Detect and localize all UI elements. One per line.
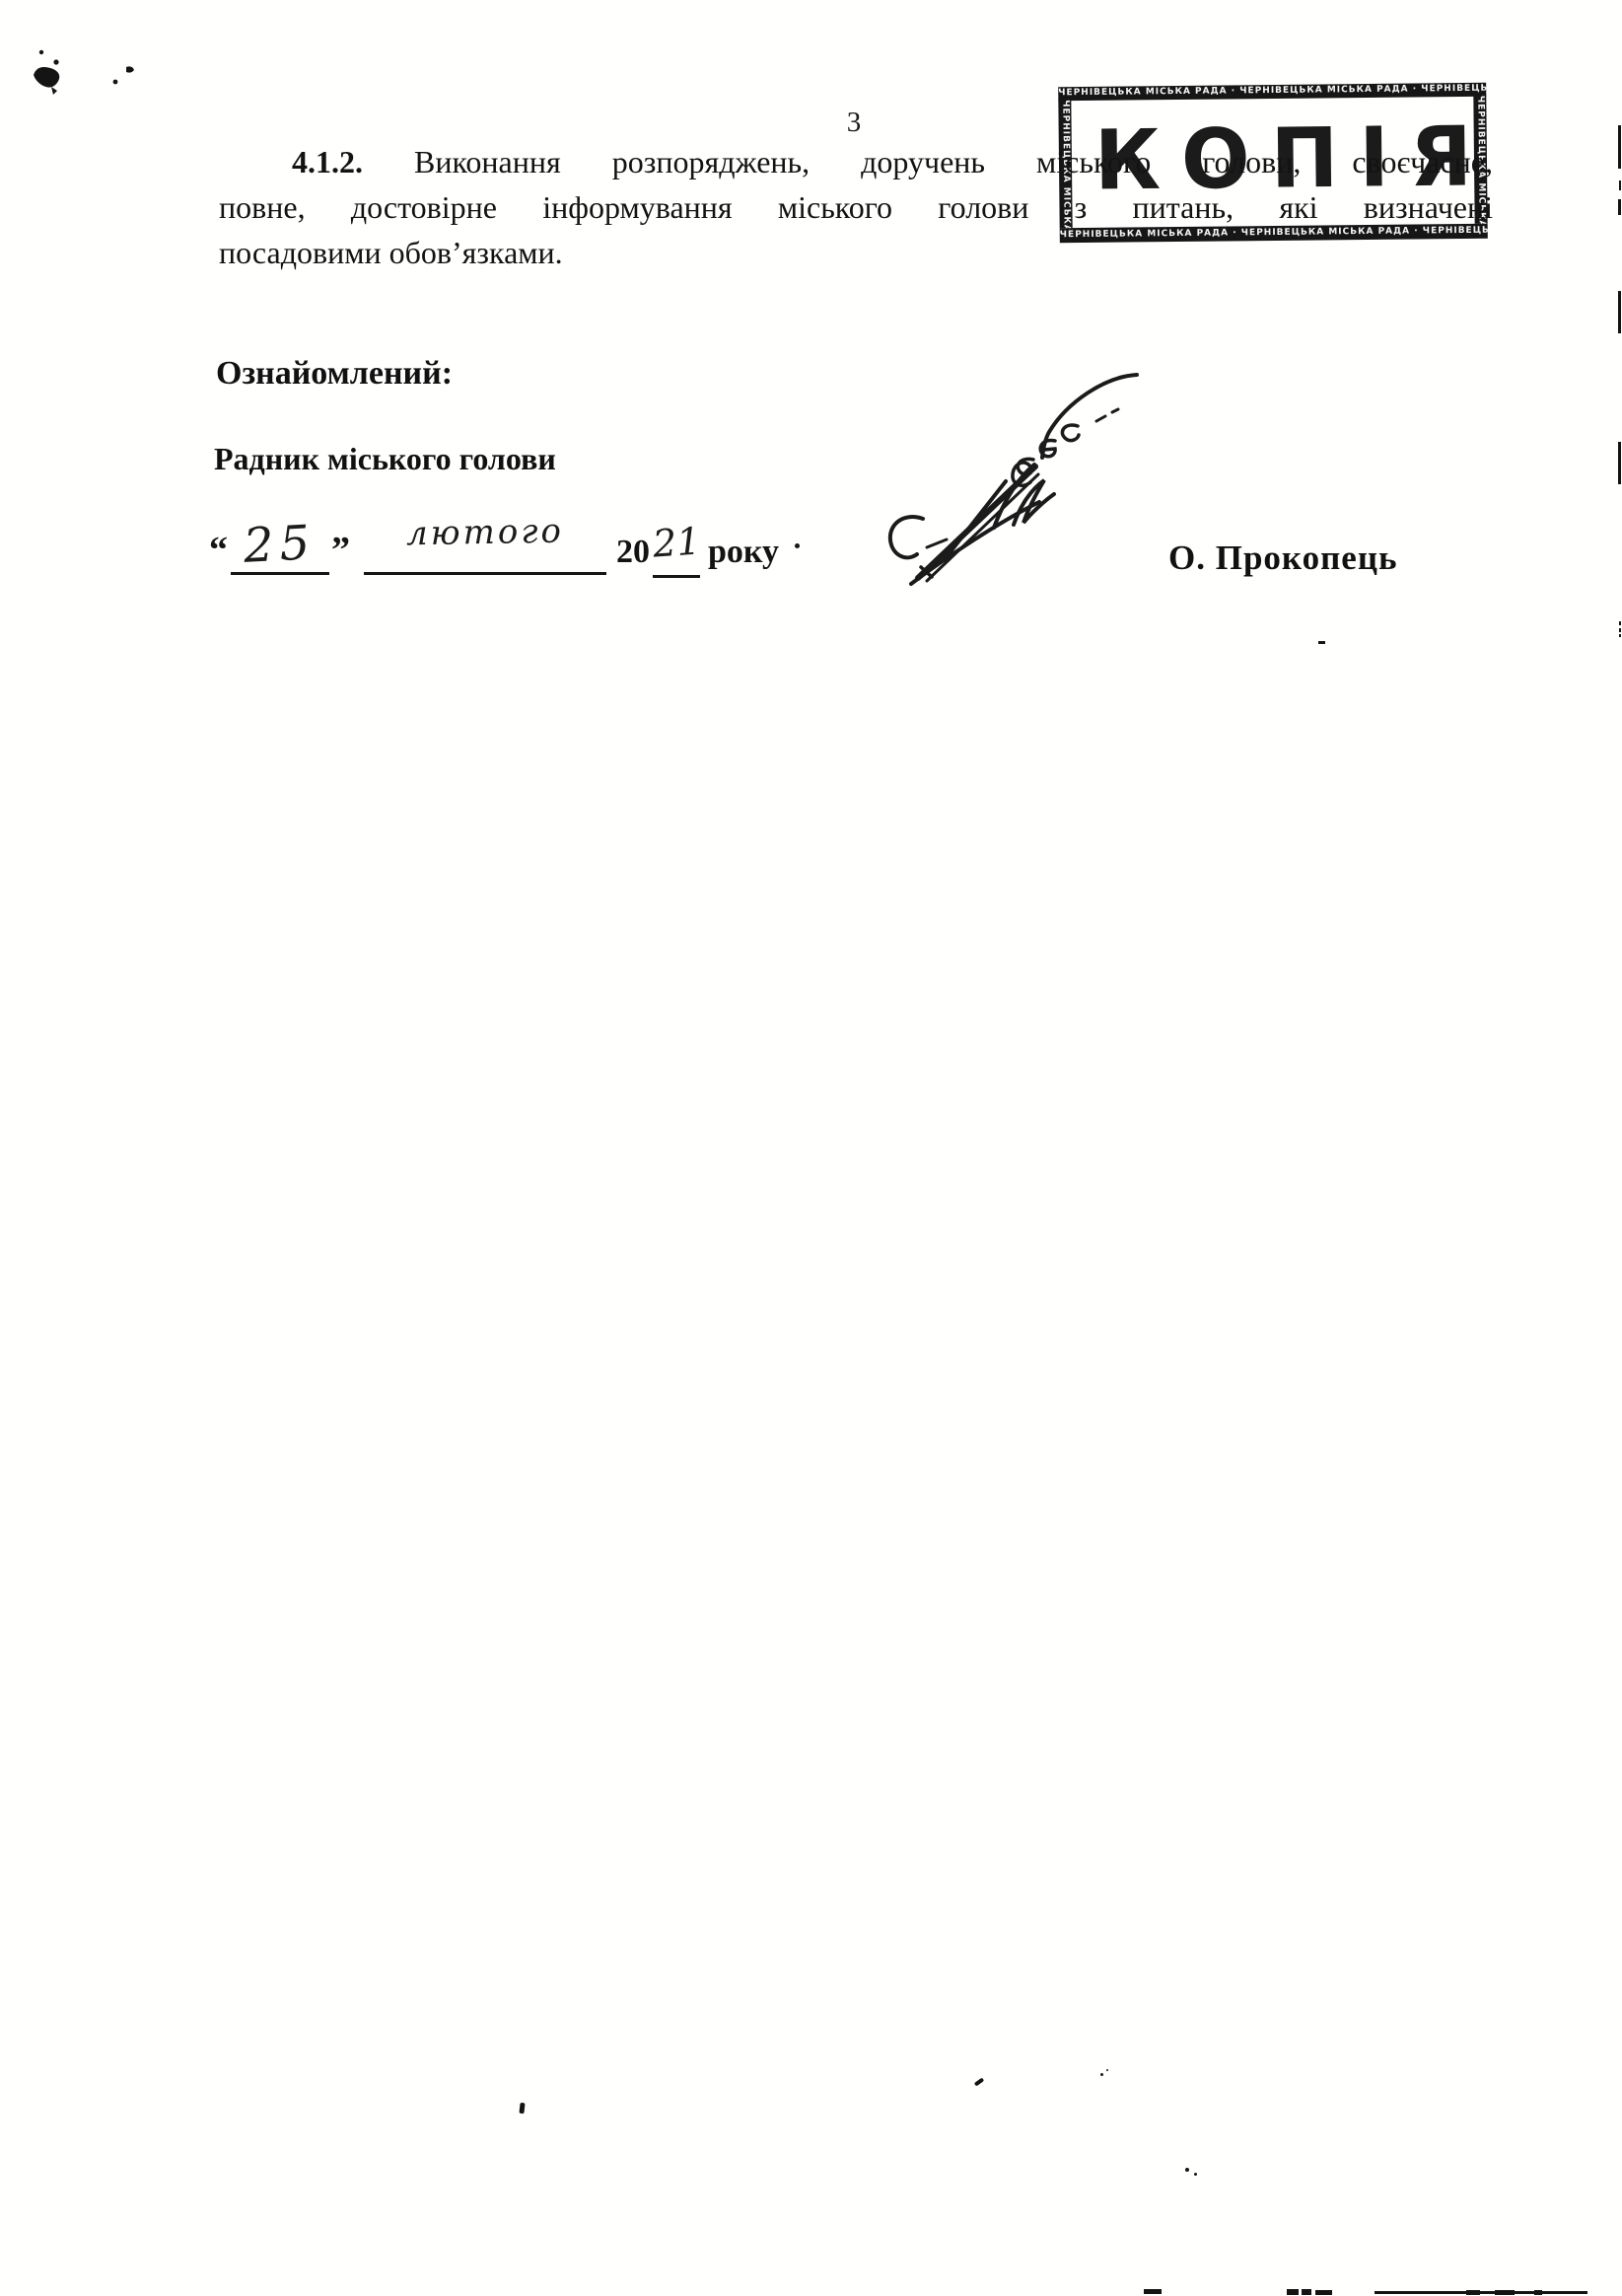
scan-bottom-mark <box>1495 2290 1515 2295</box>
ink-speck <box>1100 2073 1103 2076</box>
scan-bottom-mark <box>1287 2289 1299 2295</box>
year-word: року <box>708 534 779 571</box>
ink-speck <box>1318 641 1325 644</box>
ink-speck <box>519 2103 525 2114</box>
scanned-document-page: 3 ЧЕРНІВЕЦЬКА МІСЬКА РАДА · ЧЕРНІВЕЦЬКА … <box>0 0 1622 2296</box>
handwritten-day: 25 <box>243 515 317 574</box>
scan-edge-mark <box>1618 125 1621 169</box>
date-quote-open: “ <box>209 529 228 572</box>
scan-bottom-mark <box>1315 2290 1332 2295</box>
date-day-field: 25 <box>231 517 329 575</box>
scan-edge-mark <box>1619 628 1621 632</box>
date-year-field: 21 <box>653 521 700 578</box>
page-number: 3 <box>834 107 874 139</box>
scan-edge-mark <box>1618 199 1621 215</box>
scan-bottom-mark <box>1302 2289 1311 2295</box>
ink-speck <box>974 2077 984 2086</box>
scan-bottom-mark <box>1375 2291 1587 2294</box>
paragraph-line-1: 4.1.2. Виконання розпоряджень, доручень … <box>219 139 1493 184</box>
scan-edge-mark <box>1618 291 1621 333</box>
ink-speck <box>1106 2069 1108 2071</box>
ink-speck-cluster <box>18 39 146 99</box>
handwritten-month: лютого <box>406 512 565 554</box>
scan-edge-mark <box>1618 442 1621 484</box>
date-month-field: лютого <box>364 513 606 575</box>
scan-bottom-mark <box>1534 2290 1542 2295</box>
stamp-microtext-top: ЧЕРНІВЕЦЬКА МІСЬКА РАДА · ЧЕРНІВЕЦЬКА МІ… <box>1058 83 1486 102</box>
clause-number: 4.1.2. <box>292 144 363 179</box>
scan-bottom-mark <box>1466 2290 1480 2295</box>
signatory-name: О. Прокопець <box>1168 538 1398 578</box>
ink-speck <box>1194 2173 1197 2176</box>
year-prefix: 20 <box>616 534 650 571</box>
acknowledged-label: Ознайомлений: <box>216 355 453 393</box>
ink-speck <box>1185 2168 1189 2172</box>
scan-bottom-mark <box>1144 2289 1162 2294</box>
scan-edge-mark <box>1619 621 1621 625</box>
handwritten-year-digits: 21 <box>652 519 702 565</box>
paragraph-line-2: повне, достовірне інформування міського … <box>219 184 1493 230</box>
scan-edge-mark <box>1619 634 1621 637</box>
stray-dot <box>795 543 800 548</box>
position-title: Радник міського голови <box>214 441 556 477</box>
paragraph-line-3: посадовими обов’язками. <box>219 230 1493 275</box>
paragraph-4-1-2: 4.1.2. Виконання розпоряджень, доручень … <box>219 139 1493 275</box>
scan-edge-mark <box>1619 180 1621 190</box>
paragraph-line-1-text: Виконання розпоряджень, доручень міськог… <box>414 144 1493 179</box>
date-quote-close: ” <box>331 529 350 572</box>
signature <box>860 365 1156 611</box>
